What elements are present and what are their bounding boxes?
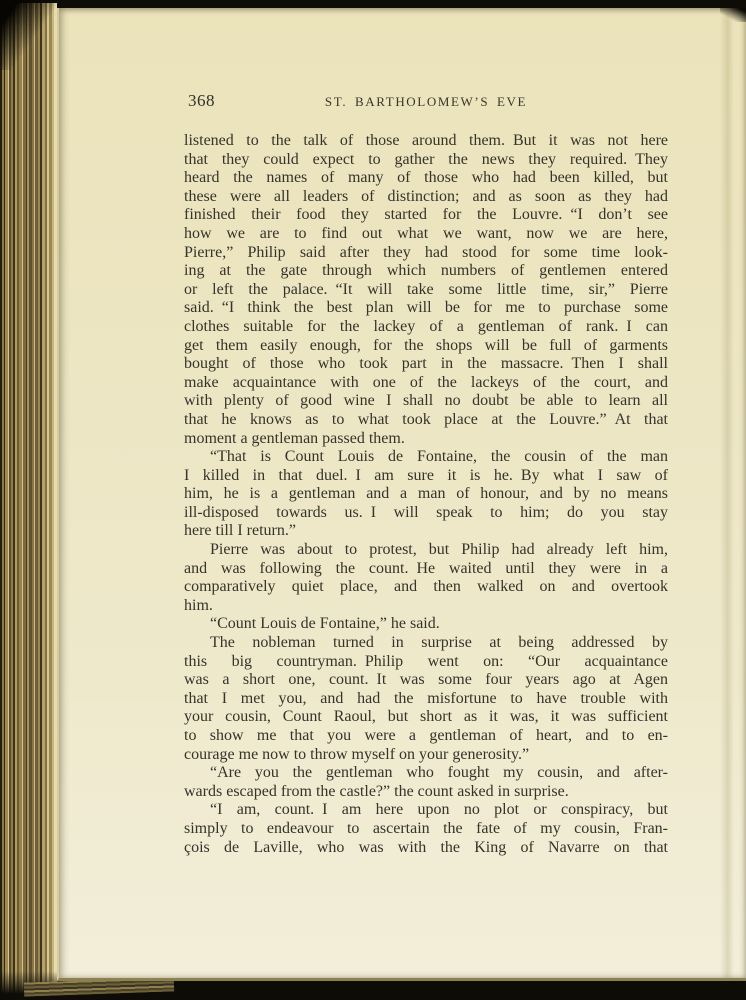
text-line: said. “I think the best plan will be for… [184,299,668,318]
text-line: or left the palace. “It will take some l… [184,281,668,300]
text-line: him, he is a gentleman and a man of hono… [184,485,668,504]
book-page-edges-left [0,3,57,994]
text-line: moment a gentleman passed them. [184,430,668,449]
text-line: wards escaped from the castle?” the coun… [184,783,668,802]
body-text: listened to the talk of those around the… [184,132,668,857]
text-line: “That is Count Louis de Fontaine, the co… [184,448,668,467]
text-line: make acquaintance with one of the lackey… [184,374,668,393]
text-line: courage me now to throw myself on your g… [184,746,668,765]
text-line: that he knows as to what took place at t… [184,411,668,430]
text-line: him. [184,597,668,616]
text-line: this big countryman. Philip went on: “Ou… [184,653,668,672]
text-line: finished their food they started for the… [184,206,668,225]
text-line: “I am, count. I am here upon no plot or … [184,801,668,820]
text-line: get them easily enough, for the shops wi… [184,337,668,356]
text-line: comparatively quiet place, and then walk… [184,578,668,597]
text-line: ing at the gate through which numbers of… [184,262,668,281]
text-line: The nobleman turned in surprise at being… [184,634,668,653]
text-line: with plenty of good wine I shall no doub… [184,392,668,411]
text-line: I killed in that duel. I am sure it is h… [184,467,668,486]
text-line: these were all leaders of distinction; a… [184,188,668,207]
text-line: çois de Laville, who was with the King o… [184,839,668,858]
text-line: to show me that you were a gentleman of … [184,727,668,746]
text-line: was a short one, count. It was some four… [184,671,668,690]
book-page: 368 ST. BARTHOLOMEW’S EVE listened to th… [57,8,746,981]
text-line: and was following the count. He waited u… [184,560,668,579]
page-header: 368 ST. BARTHOLOMEW’S EVE [184,91,668,111]
text-line: listened to the talk of those around the… [184,132,668,151]
text-line: heard the names of many of those who had… [184,169,668,188]
text-line: how we are to find out what we want, now… [184,225,668,244]
text-line: ill-disposed towards us. I will speak to… [184,504,668,523]
text-line: “Count Louis de Fontaine,” he said. [184,615,668,634]
text-line: clothes suitable for the lackey of a gen… [184,318,668,337]
text-line: bought of those who took part in the mas… [184,355,668,374]
text-line: simply to endeavour to ascertain the fat… [184,820,668,839]
running-title: ST. BARTHOLOMEW’S EVE [184,94,668,110]
text-line: here till I return.” [184,522,668,541]
page-crease [720,8,734,978]
text-line: “Are you the gentleman who fought my cou… [184,764,668,783]
text-line: your cousin, Count Raoul, but short as i… [184,708,668,727]
book-photo: 368 ST. BARTHOLOMEW’S EVE listened to th… [0,0,746,1000]
text-line: that I met you, and had the misfortune t… [184,690,668,709]
text-line: that they could expect to gather the new… [184,151,668,170]
text-line: Pierre was about to protest, but Philip … [184,541,668,560]
text-line: Pierre,” Philip said after they had stoo… [184,244,668,263]
